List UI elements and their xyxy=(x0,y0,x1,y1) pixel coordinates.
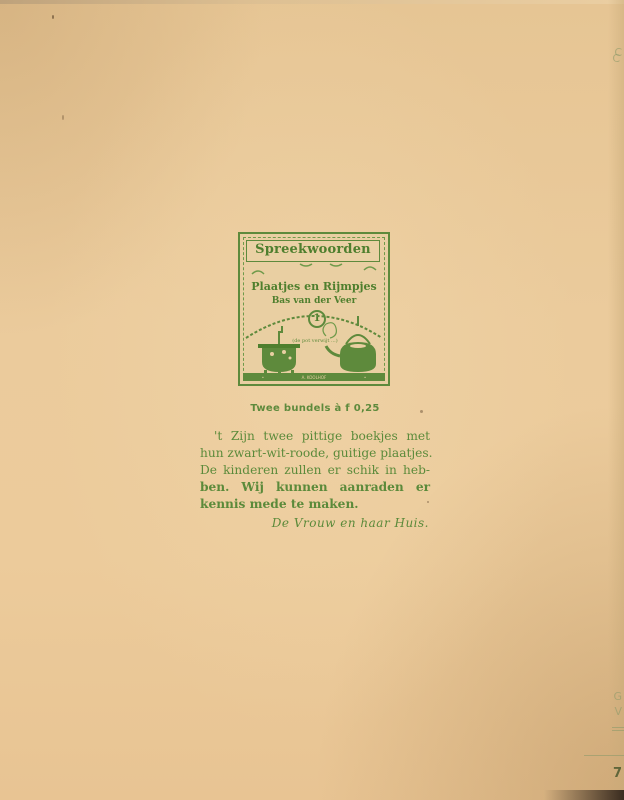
footer-label: A. KOOLHOF xyxy=(302,375,327,380)
footer-label: • xyxy=(262,375,264,380)
right-edge-strip xyxy=(608,0,624,800)
book-back-cover: C C G V 7 Spreekwoorden Plaatjes en Rijm… xyxy=(0,0,624,800)
edge-letter: G xyxy=(613,690,622,703)
pot-and-kettle-drawing xyxy=(240,234,388,384)
bottom-shadow xyxy=(544,790,624,800)
review-blurb: 't Zijn twee pittige boekjes met hun zwa… xyxy=(200,428,430,513)
edge-rule xyxy=(612,727,624,728)
blurb-line: hun zwart-wit-roode, guitige plaatjes. xyxy=(200,445,430,462)
price-line: Twee bundels à f 0,25 xyxy=(240,403,390,414)
kettle-icon xyxy=(323,316,376,372)
illustration-footer-bar: • A. KOOLHOF • xyxy=(243,373,385,381)
paper-speck xyxy=(420,410,423,413)
edge-rule xyxy=(612,730,624,731)
review-attribution: De Vrouw en haar Huis. xyxy=(200,516,429,530)
page-mark: 7 xyxy=(613,766,622,781)
edge-rule xyxy=(584,755,624,756)
blurb-line: 't Zijn twee pittige boekjes met xyxy=(200,428,430,445)
cauldron-icon xyxy=(258,326,300,378)
footer-label: • xyxy=(364,375,366,380)
paper-speck xyxy=(62,115,64,120)
blurb-line-emphasis: kennis mede te maken. xyxy=(200,496,430,513)
blurb-line-emphasis: ben. Wij kunnen aanraden er xyxy=(200,479,430,496)
paper-speck xyxy=(52,15,54,19)
edge-letter: V xyxy=(614,705,622,718)
edge-letter: C xyxy=(612,52,620,65)
book-cover-illustration: Spreekwoorden Plaatjes en Rijmpjes Bas v… xyxy=(238,232,390,386)
blurb-line: De kinderen zullen er schik in heb- xyxy=(200,462,430,479)
top-edge xyxy=(0,0,624,4)
